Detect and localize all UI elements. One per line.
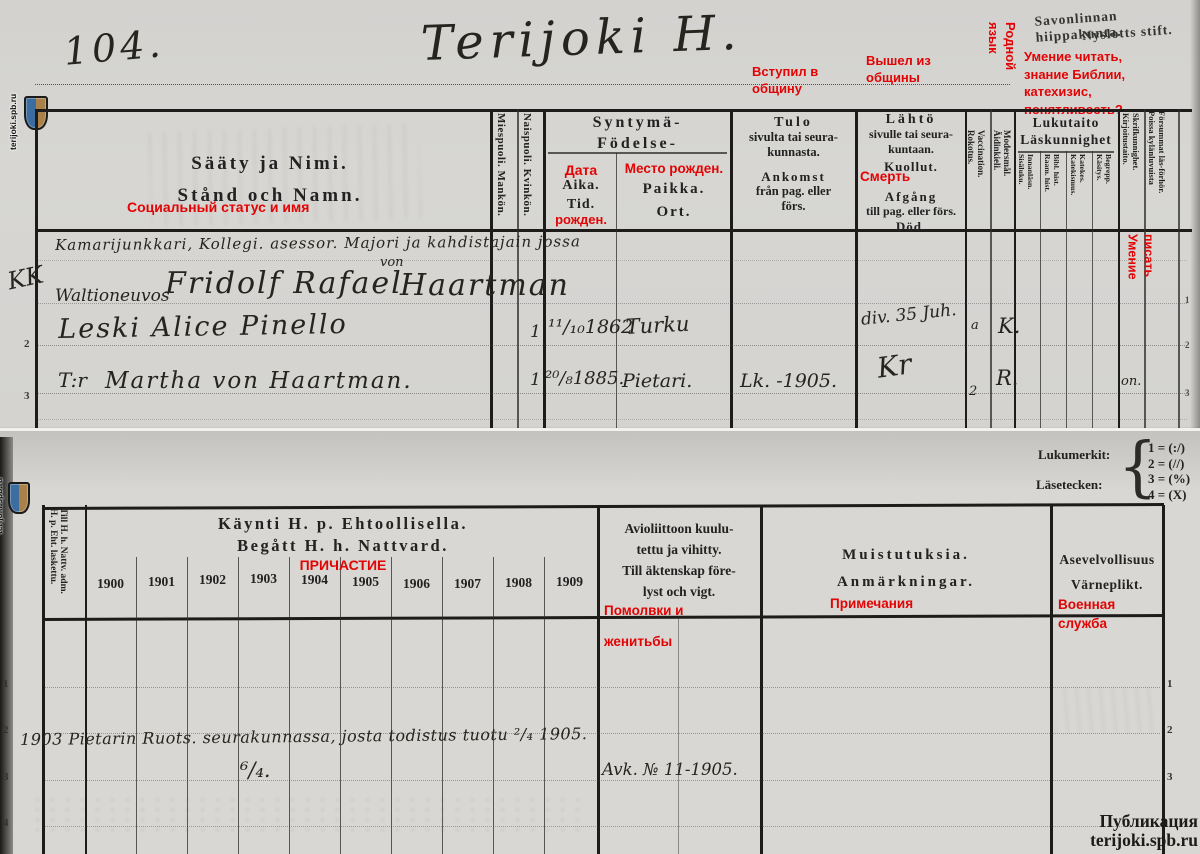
bleed-through-texture xyxy=(1055,688,1155,733)
record-row2-birth-place: Turku xyxy=(625,312,690,339)
year-header-1904: 1904 xyxy=(289,572,340,588)
birth-group-line1: Syntymä- xyxy=(546,113,729,134)
arrival-line: sivulta tai seura- xyxy=(733,130,854,145)
marriage-line: lyst och vigt. xyxy=(600,581,758,602)
column-header-literacy-bible: Raam. hist. Bibl. hist. xyxy=(1043,154,1061,228)
column-header-remarks: Muistutuksia. Anmärkningar. xyxy=(763,542,1049,596)
row-rule xyxy=(37,345,1187,346)
legend-item: 3 = (%) xyxy=(1148,471,1190,487)
annotation-military-line1: Военная xyxy=(1058,595,1115,614)
record-row3-birth-place: Pietari. xyxy=(622,370,692,392)
annotation-writing-line2: писать xyxy=(1140,234,1156,314)
row-number-left: 4 xyxy=(3,817,9,829)
birth-group-line2: Födelse- xyxy=(546,134,729,155)
record-row3-name: Martha von Haartman. xyxy=(105,368,413,394)
row-rule xyxy=(45,687,1160,688)
column-header-place: Paikka. Ort. xyxy=(618,178,730,223)
bottom-scan xyxy=(0,431,1200,854)
literacy-col-line: Sisäluku. xyxy=(1017,154,1026,228)
record-row3-arrival: Lk. -1905. xyxy=(740,370,837,392)
departure-line: kuntaan. xyxy=(858,142,964,157)
record-note-date: ⁶/₄. xyxy=(240,758,271,782)
departure-line: Afgång xyxy=(858,189,964,204)
remarks-line1: Muistutuksia. xyxy=(763,542,1049,569)
record-row3-female-mark: 1 xyxy=(530,370,541,390)
language-line2: Modersmål. xyxy=(1002,130,1012,228)
grid-line xyxy=(1118,109,1120,429)
departure-line: sivulle tai seura- xyxy=(858,127,964,142)
annotation-left-line1: Вышел из xyxy=(866,53,931,70)
row-number-right: 3 xyxy=(1167,771,1173,783)
annotation-remarks: Примечания xyxy=(830,595,913,613)
column-header-writing: Kirjoitustaito. Skrifkunnighet. xyxy=(1121,113,1141,227)
year-header-1906: 1906 xyxy=(391,576,442,592)
legend-item: 4 = (X) xyxy=(1148,487,1190,503)
arrival-line: Ankomst xyxy=(733,169,854,184)
admitted-line2: Till H. h. Nattv. adm. xyxy=(58,508,68,646)
year-header-1907: 1907 xyxy=(442,576,493,592)
record-row1-name: Fridolf Rafael xyxy=(165,266,403,301)
column-header-literacy-group: Lukutaito Läskunnighet xyxy=(1014,115,1118,149)
column-header-male: Miespuoli. Mankön. xyxy=(495,113,507,227)
row-number-left: 2 xyxy=(3,724,9,736)
record-number: 104. xyxy=(62,21,166,74)
column-header-language: Äidinkieli. Modersmål. xyxy=(992,130,1012,228)
row-rule xyxy=(37,419,1187,420)
column-header-arrival: Tulo sivulta tai seura- kunnasta. Ankoms… xyxy=(733,115,854,214)
annotation-joined: Вступил в общину xyxy=(752,64,818,98)
record-row2-name: Leski Alice Pinello xyxy=(58,309,348,345)
place-line1: Paikka. xyxy=(618,178,730,201)
remarks-line2: Anmärkningar. xyxy=(763,569,1049,596)
row-rule xyxy=(37,303,1187,304)
literacy-col-line: Bibl. hist. xyxy=(1052,154,1061,228)
military-line1: Asevelvollisuus xyxy=(1052,547,1162,572)
year-header-1903: 1903 xyxy=(238,571,289,587)
annotation-social-status: Социальный статус и имя xyxy=(127,198,309,216)
row-number-right: 3 xyxy=(1185,388,1190,398)
legend-item: 1 = (:/) xyxy=(1148,440,1190,456)
row-number-right: 2 xyxy=(1185,340,1190,350)
literacy-col-line: Raam. hist. xyxy=(1043,154,1052,228)
writing-col-line1: Kirjoitustaito. xyxy=(1121,113,1131,227)
grid-line xyxy=(678,618,679,854)
annotation-native-language: Родной язык xyxy=(984,22,1018,117)
legend-items: 1 = (:/) 2 = (//) 3 = (%) 4 = (X) xyxy=(1148,440,1190,502)
year-header-1902: 1902 xyxy=(187,572,238,588)
marriage-line: Till äktenskap före- xyxy=(600,560,758,581)
watermark-text: terijoki.spb.ru xyxy=(8,94,18,150)
record-row3-writing-mark: on. xyxy=(1121,374,1141,389)
legend-label-fi: Lukumerkit: xyxy=(1038,447,1110,463)
departure-line: Död. xyxy=(858,219,964,234)
column-header-military: Asevelvollisuus Värneplikt. xyxy=(1052,547,1162,597)
legend-item: 2 = (//) xyxy=(1148,456,1190,472)
column-header-admitted: H. p. Eht. laskettu. Till H. h. Nattv. a… xyxy=(48,508,68,646)
annotation-reading-line3: катехизис, xyxy=(1024,83,1125,101)
row-number-right: 2 xyxy=(1167,724,1173,736)
column-header-vaccination: Rokotus. Vaccination. xyxy=(966,130,986,228)
column-header-literacy-reading: Sisäluku. Innanläsn. xyxy=(1017,154,1035,228)
record-row2-vaccination-mark: a xyxy=(971,318,979,333)
grid-line xyxy=(35,109,1192,112)
row-rule xyxy=(45,780,1160,781)
column-header-literacy-comprehension: Käsitys. Begrepp. xyxy=(1095,154,1113,228)
annotation-military: Военная служба xyxy=(1058,595,1115,633)
record-row3-vaccination-mark: 2 xyxy=(969,384,977,399)
grid-line xyxy=(1092,151,1093,429)
communion-line1: Käynti H. p. Ehtoollisella. xyxy=(90,513,596,535)
record-row3-language: R. xyxy=(996,366,1019,390)
row-number-left: 1 xyxy=(3,678,9,690)
scanned-register-page: 104. Terijoki H. Savonlinnan hiippakunta… xyxy=(0,0,1200,854)
annotation-birth-place: Место рожден. xyxy=(618,160,730,178)
record-occupation-note: Kamarijunkkari, Kollegi. asessor. Majori… xyxy=(55,232,581,254)
column-header-absent: Poissa kylänluvuista Försummat läs-förhö… xyxy=(1147,111,1167,229)
language-line1: Äidinkieli. xyxy=(992,130,1002,228)
absent-col-line2: Försummat läs-förhör. xyxy=(1157,111,1167,229)
year-header-1900: 1900 xyxy=(85,576,136,592)
annotation-military-line2: служба xyxy=(1058,614,1115,633)
literacy-col-line: Käsitys. xyxy=(1095,154,1104,228)
publication-line2: terijoki.spb.ru xyxy=(960,831,1198,850)
annotation-reading-line1: Умение читать, xyxy=(1024,48,1125,66)
watermark-text: terijoki.spb.ru xyxy=(0,478,4,534)
annotation-reading-skill: Умение читать, знание Библии, катехизис,… xyxy=(1024,48,1125,118)
grid-line xyxy=(1018,151,1114,153)
vaccination-line2: Vaccination. xyxy=(976,130,986,228)
annotation-left-line2: общины xyxy=(866,70,931,87)
grid-line xyxy=(35,229,1192,232)
row-rule xyxy=(37,260,1187,261)
row-number-right: 1 xyxy=(1185,295,1190,305)
literacy-col-line: Katekes. xyxy=(1078,154,1087,228)
communion-line2: Begått H. h. Nattvard. xyxy=(90,535,596,557)
record-row2-language: K. xyxy=(998,314,1020,338)
annotation-birth-date-bottom: рожден. xyxy=(546,212,616,229)
row-number-left: 3 xyxy=(3,771,9,783)
grid-line xyxy=(1040,151,1041,429)
marriage-line: tettu ja vihitty. xyxy=(600,539,758,560)
marriage-line: Avioliittoon kuulu- xyxy=(600,518,758,539)
year-header-1901: 1901 xyxy=(136,574,187,590)
arrival-line: kunnasta. xyxy=(733,145,854,160)
departure-line: Lähtö xyxy=(858,112,964,127)
record-marriage-note: Avk. № 11-1905. xyxy=(602,760,738,779)
literacy-line1: Lukutaito xyxy=(1014,115,1118,132)
grid-line xyxy=(1066,151,1067,429)
row-number-left: 3 xyxy=(24,390,30,402)
arrival-line: förs. xyxy=(733,199,854,214)
admitted-line1: H. p. Eht. laskettu. xyxy=(48,508,58,646)
annotation-writing-skill: Умение писать xyxy=(1124,234,1157,314)
annotation-writing-line1: Умение xyxy=(1124,234,1140,314)
record-row2-female-mark: 1 xyxy=(530,322,541,342)
watermark-shield-icon xyxy=(8,482,30,514)
literacy-col-line: Katekismus. xyxy=(1069,154,1078,228)
year-header-1905: 1905 xyxy=(340,574,391,590)
arrival-line: Tulo xyxy=(733,115,854,130)
column-header-time: Aika. Tid. xyxy=(546,177,616,215)
annotation-left-parish: Вышел из общины xyxy=(866,53,931,87)
register-title: Terijoki H. xyxy=(420,5,743,72)
record-row1-surname: Haartman xyxy=(400,268,570,303)
time-line1: Aika. xyxy=(546,177,616,196)
record-row3-departure-mark: Kr xyxy=(875,347,914,384)
annotation-native-lang-line1: Родной xyxy=(1001,22,1018,117)
publication-credit: Публикация terijoki.spb.ru xyxy=(960,812,1198,850)
column-header-literacy-catechism: Katekismus. Katekes. xyxy=(1069,154,1087,228)
grid-line xyxy=(1178,109,1180,429)
annotation-communion: ПРИЧАСТИЕ xyxy=(90,556,596,574)
grid-line xyxy=(1162,505,1165,854)
record-row3-title: T:r xyxy=(58,368,87,392)
record-row3-birth-date: ²⁰/₈1885. xyxy=(545,368,624,389)
row-number-right: 1 xyxy=(1167,678,1173,690)
absent-col-line1: Poissa kylänluvuista xyxy=(1147,111,1157,229)
column-header-communion: Käynti H. p. Ehtoollisella. Begått H. h.… xyxy=(90,513,596,557)
writing-col-line2: Skrifkunnighet. xyxy=(1131,113,1141,227)
column-header-birth-group: Syntymä- Födelse- xyxy=(546,113,729,155)
departure-line: till pag. eller förs. xyxy=(858,204,964,219)
row-number-left: 2 xyxy=(24,338,30,350)
arrival-line: från pag. eller xyxy=(733,184,854,199)
literacy-line2: Läskunnighet xyxy=(1014,132,1118,149)
record-row2-birth-date: ¹¹/₁₀1862 xyxy=(548,316,633,338)
annotation-joined-line2: общину xyxy=(752,81,818,98)
legend-label-sv: Läsetecken: xyxy=(1036,477,1102,493)
place-line2: Ort. xyxy=(618,201,730,224)
ruled-dotted-line xyxy=(35,84,1010,85)
year-header-1908: 1908 xyxy=(493,575,544,591)
column-header-female: Naispuoli. Kvinkön. xyxy=(521,113,533,227)
annotation-marriage-line1: Помолвки и xyxy=(604,602,683,620)
page-edge-shadow xyxy=(1190,0,1200,429)
annotation-reading-line2: знание Библии, xyxy=(1024,66,1125,84)
column-header-name-line1: Sääty ja Nimi. xyxy=(110,148,430,180)
annotation-joined-line1: Вступил в xyxy=(752,64,818,81)
bleed-through-texture xyxy=(30,795,590,837)
annotation-native-lang-line2: язык xyxy=(984,22,1001,117)
column-header-marriage: Avioliittoon kuulu- tettu ja vihitty. Ti… xyxy=(600,518,758,602)
vaccination-line1: Rokotus. xyxy=(966,130,976,228)
year-header-1909: 1909 xyxy=(544,574,595,590)
literacy-col-line: Innanläsn. xyxy=(1026,154,1035,228)
annotation-death: Смерть xyxy=(860,168,910,186)
record-row1-title: Waltioneuvos xyxy=(55,286,170,306)
military-line2: Värneplikt. xyxy=(1052,572,1162,597)
annotation-marriage-line2: женитьбы xyxy=(604,633,672,651)
literacy-col-line: Begrepp. xyxy=(1104,154,1113,228)
publication-line1: Публикация xyxy=(960,812,1198,831)
